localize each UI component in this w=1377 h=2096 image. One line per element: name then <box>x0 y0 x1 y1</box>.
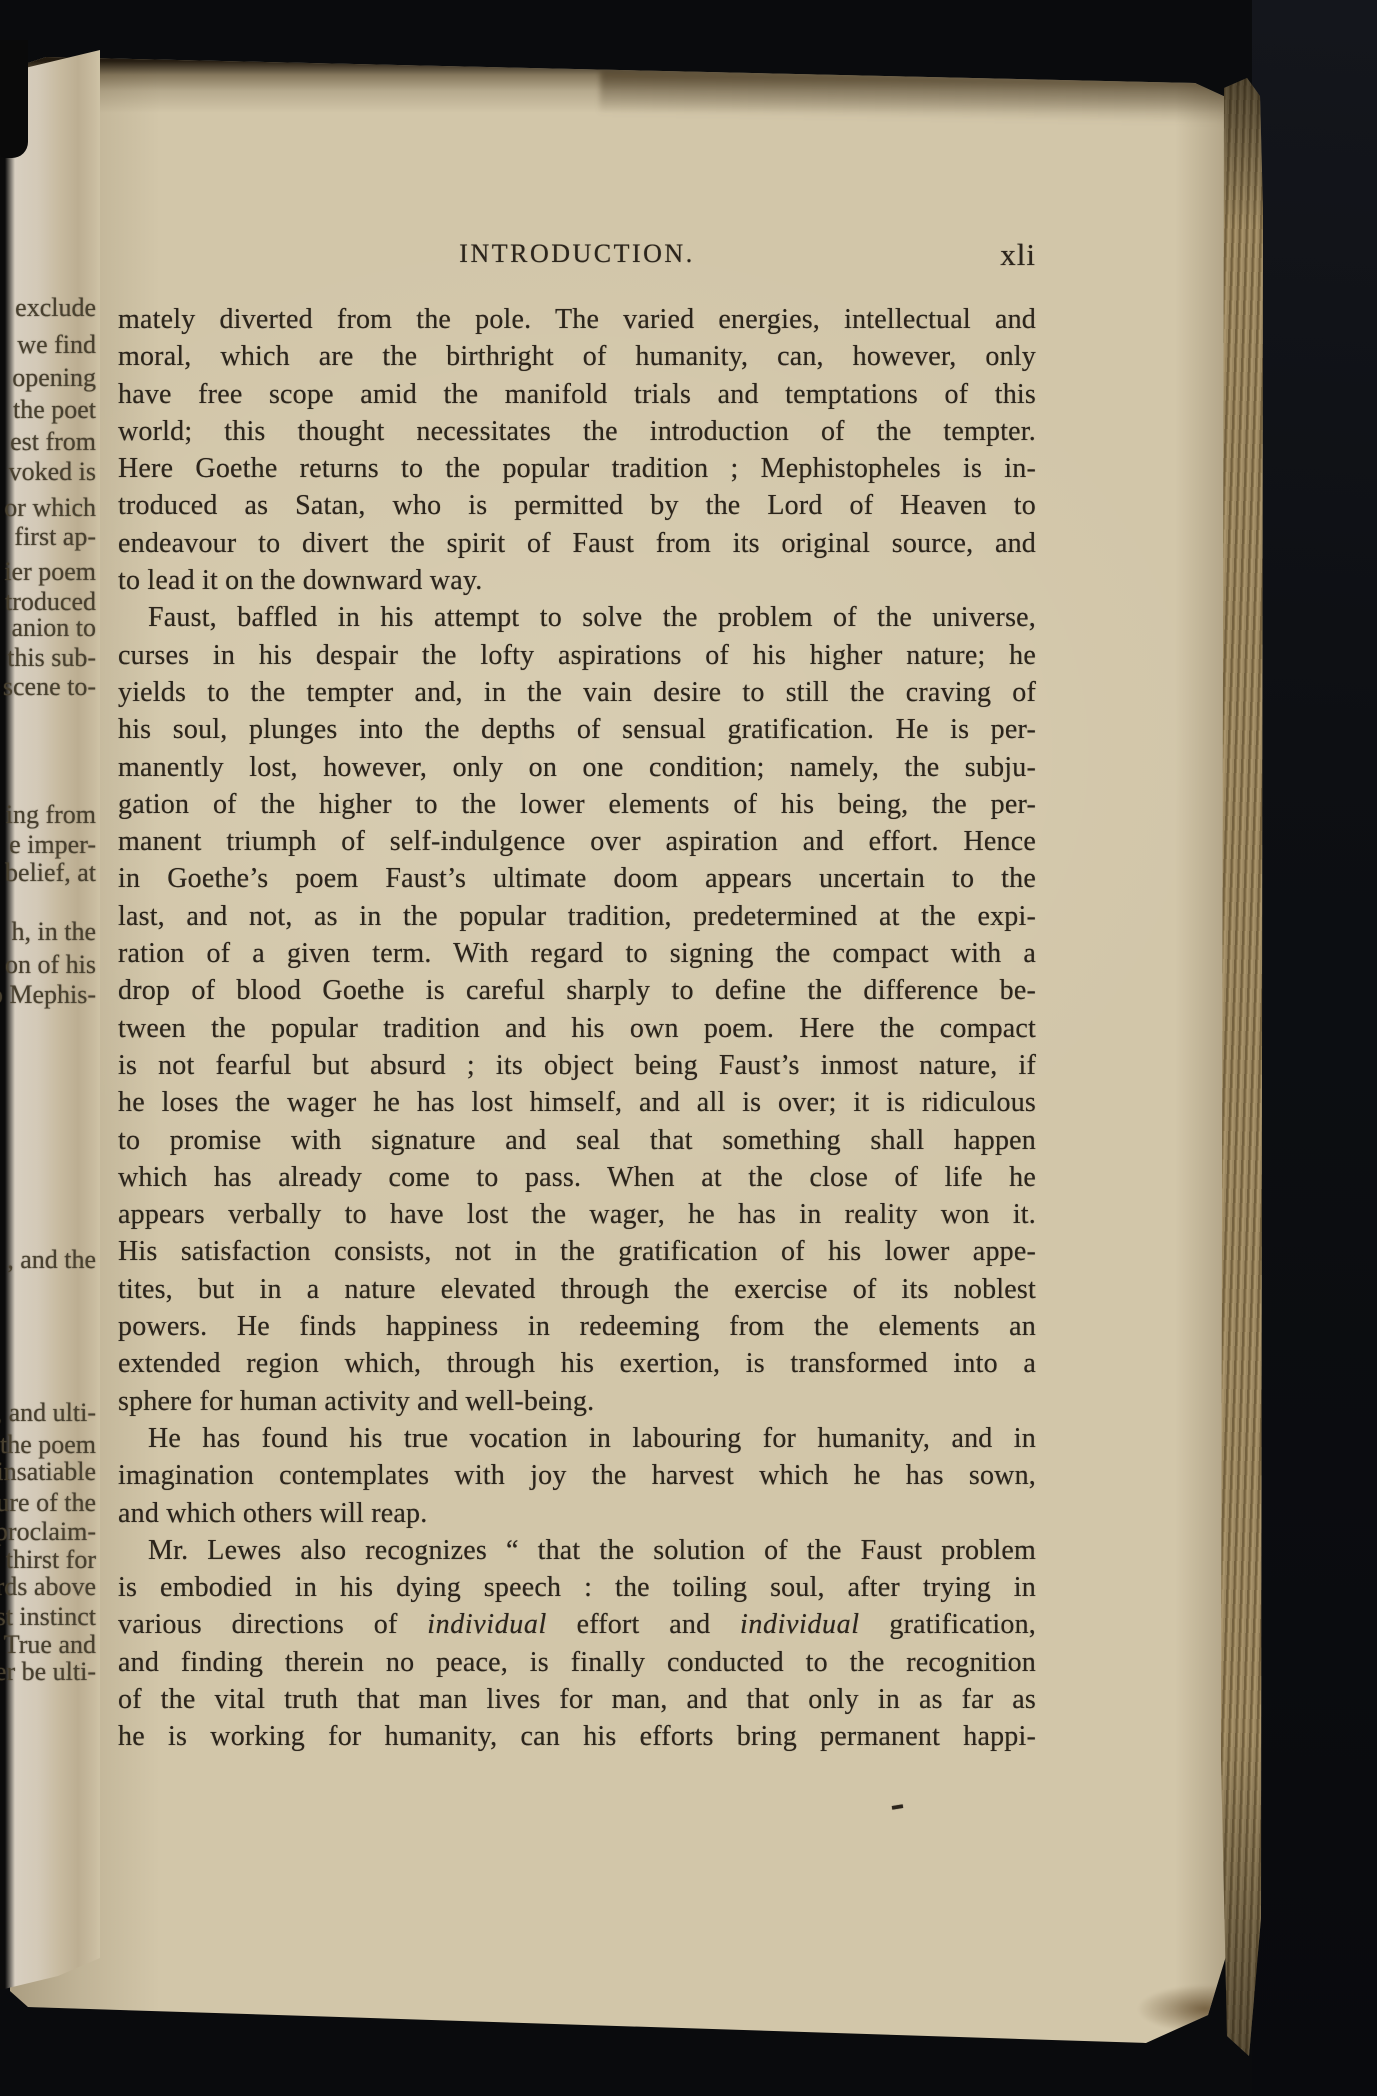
facing-page-text-fragment: opening <box>12 363 96 393</box>
facing-page-text-fragment: voked is <box>9 457 96 487</box>
facing-page-text-fragment: first ap- <box>14 522 96 552</box>
text-line: he loses the wager he has lost himself, … <box>118 1084 1036 1121</box>
text-line: imagination contemplates with joy the ha… <box>118 1457 1036 1494</box>
text-line: he is working for humanity, can his effo… <box>118 1718 1036 1755</box>
facing-page-text-fragment: this sub- <box>7 643 96 673</box>
text-line: world; this thought necessitates the int… <box>118 413 1036 450</box>
facing-page-text-fragment: ing from <box>6 800 96 830</box>
facing-page-text-fragment: , proclaim- <box>0 1517 96 1547</box>
text-line: of the vital truth that man lives for ma… <box>118 1681 1036 1718</box>
text-line: ration of a given term. With regard to s… <box>118 935 1036 972</box>
facing-page-text-fragment: e imper- <box>9 830 96 860</box>
facing-page-text-fragment: ure of the <box>0 1488 96 1518</box>
paragraph: mately diverted from the pole. The varie… <box>118 301 1036 599</box>
text-line: have free scope amid the manifold trials… <box>118 376 1036 413</box>
facing-page-text-fragment: anion to <box>12 613 97 643</box>
text-line: Faust, baffled in his attempt to solve t… <box>118 599 1036 636</box>
facing-page-text-fragment: belief, at <box>5 858 96 888</box>
facing-page-text-fragment: ords above <box>0 1572 96 1602</box>
facing-page-text-fragment: , and the <box>7 1245 96 1275</box>
text-line: last, and not, as in the popular traditi… <box>118 898 1036 935</box>
text-line: which has already come to pass. When at … <box>118 1159 1036 1196</box>
text-line: in Goethe’s poem Faust’s ultimate doom a… <box>118 860 1036 897</box>
facing-page-text-fragment: exclude <box>15 293 96 323</box>
facing-page-text-fragment: we find <box>17 330 96 360</box>
facing-page-text-fragment: e thirst for <box>0 1545 96 1575</box>
text-line: various directions of individual effort … <box>118 1606 1036 1643</box>
facing-page-text-fragment: e True and <box>0 1630 96 1660</box>
text-line: his soul, plunges into the depths of sen… <box>118 711 1036 748</box>
text-line: mately diverted from the pole. The varie… <box>118 301 1036 338</box>
text-line: gation of the higher to the lower elemen… <box>118 786 1036 823</box>
text-line: appears verbally to have lost the wager,… <box>118 1196 1036 1233</box>
text-line: Mr. Lewes also recognizes “ that the sol… <box>118 1532 1036 1569</box>
text-line: drop of blood Goethe is careful sharply … <box>118 972 1036 1009</box>
running-header: INTRODUCTION. xli <box>118 239 1036 273</box>
book-page: INTRODUCTION. xli mately diverted from t… <box>10 55 1230 2047</box>
text-line: yields to the tempter and, in the vain d… <box>118 674 1036 711</box>
book-cover <box>1252 0 1377 2096</box>
text-line: sphere for human activity and well-being… <box>118 1383 1036 1420</box>
facing-page-text-fragment: o Mephis- <box>0 980 96 1010</box>
text-line: to promise with signature and seal that … <box>118 1122 1036 1159</box>
text-line: tween the popular tradition and his own … <box>118 1010 1036 1047</box>
facing-page-edge: excludewe findopeningthe poetest fromvok… <box>0 44 100 2006</box>
facing-page-text-fragment: the poem <box>0 1430 96 1460</box>
facing-page-text-fragment: , and ulti- <box>0 1398 96 1428</box>
text-line: and finding therein no peace, is finally… <box>118 1644 1036 1681</box>
facing-page-text-fragment: est from <box>10 427 96 457</box>
text-line: manent triumph of self-indulgence over a… <box>118 823 1036 860</box>
facing-page-text-fragment: h, in the <box>12 917 97 947</box>
text-line: extended region which, through his exert… <box>118 1345 1036 1382</box>
text-line: tites, but in a nature elevated through … <box>118 1271 1036 1308</box>
page-text: mately diverted from the pole. The varie… <box>118 301 1036 1756</box>
facing-page-text-fragment: er be ulti- <box>0 1657 96 1687</box>
book-photo: INTRODUCTION. xli mately diverted from t… <box>0 0 1377 2096</box>
text-line: moral, which are the birthright of human… <box>118 338 1036 375</box>
facing-page-text-fragment: the poet <box>13 395 96 425</box>
facing-page-text-fragment: st instinct <box>0 1602 96 1632</box>
text-line: troduced as Satan, who is permitted by t… <box>118 487 1036 524</box>
text-line: He has found his true vocation in labour… <box>118 1420 1036 1457</box>
text-line: curses in his despair the lofty aspirati… <box>118 637 1036 674</box>
page-number: xli <box>1000 237 1036 273</box>
facing-page-text-fragment: or which <box>4 493 96 523</box>
end-dash-mark: - <box>886 1779 907 1829</box>
text-line: powers. He finds happiness in redeeming … <box>118 1308 1036 1345</box>
text-line: to lead it on the downward way. <box>118 562 1036 599</box>
page-fore-edge <box>1221 78 1263 2063</box>
text-line: Here Goethe returns to the popular tradi… <box>118 450 1036 487</box>
text-line: and which others will reap. <box>118 1495 1036 1532</box>
paragraph: Faust, baffled in his attempt to solve t… <box>118 599 1036 1420</box>
facing-page-text-fragment: insatiable <box>0 1457 96 1487</box>
paragraph: He has found his true vocation in labour… <box>118 1420 1036 1532</box>
facing-page-text-fragment: ier poem <box>4 557 96 587</box>
text-line: His satisfaction consists, not in the gr… <box>118 1233 1036 1270</box>
text-line: is embodied in his dying speech : the to… <box>118 1569 1036 1606</box>
text-line: endeavour to divert the spirit of Faust … <box>118 525 1036 562</box>
cover-corner <box>0 40 28 158</box>
paragraph: Mr. Lewes also recognizes “ that the sol… <box>118 1532 1036 1756</box>
facing-page-text-fragment: scene to- <box>3 672 96 702</box>
facing-page-text-fragment: on of his <box>5 950 96 980</box>
text-line: manently lost, however, only on one cond… <box>118 749 1036 786</box>
running-header-title: INTRODUCTION. <box>118 239 1036 269</box>
text-line: is not fearful but absurd ; its object b… <box>118 1047 1036 1084</box>
